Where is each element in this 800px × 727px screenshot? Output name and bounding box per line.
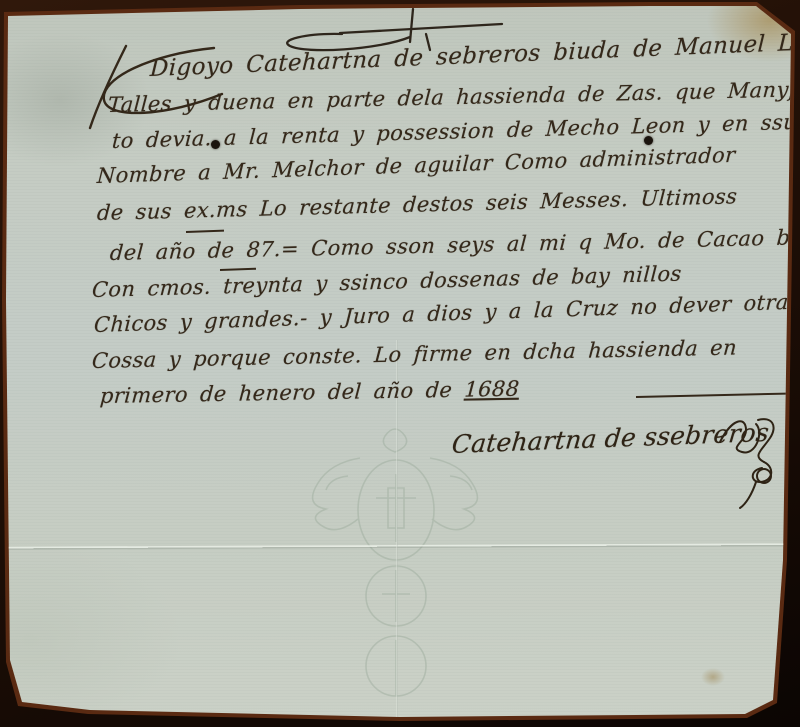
underline-87	[220, 268, 256, 271]
rule-after-year	[636, 392, 792, 398]
manuscript-line: de sus ex.ms Lo restante destos seis Mes…	[96, 184, 738, 225]
ink-blot	[211, 140, 220, 149]
manuscript-line: Cossa y porque conste. Lo firme en dcha …	[91, 335, 738, 373]
signature-rubric-flourish	[712, 412, 784, 512]
underline-exms	[186, 230, 224, 233]
date-line-text: primero de henero del año de	[99, 378, 465, 408]
paper-watermark-icon	[300, 418, 500, 718]
ink-blot	[644, 136, 653, 145]
year-value: 1688	[464, 377, 521, 402]
manuscript-line: primero de henero del año de 1688	[99, 377, 520, 408]
manuscript-paper: Digoyo Catehartna de sebreros biuda de M…	[0, 0, 800, 727]
scanned-manuscript-photo: Digoyo Catehartna de sebreros biuda de M…	[0, 0, 800, 727]
